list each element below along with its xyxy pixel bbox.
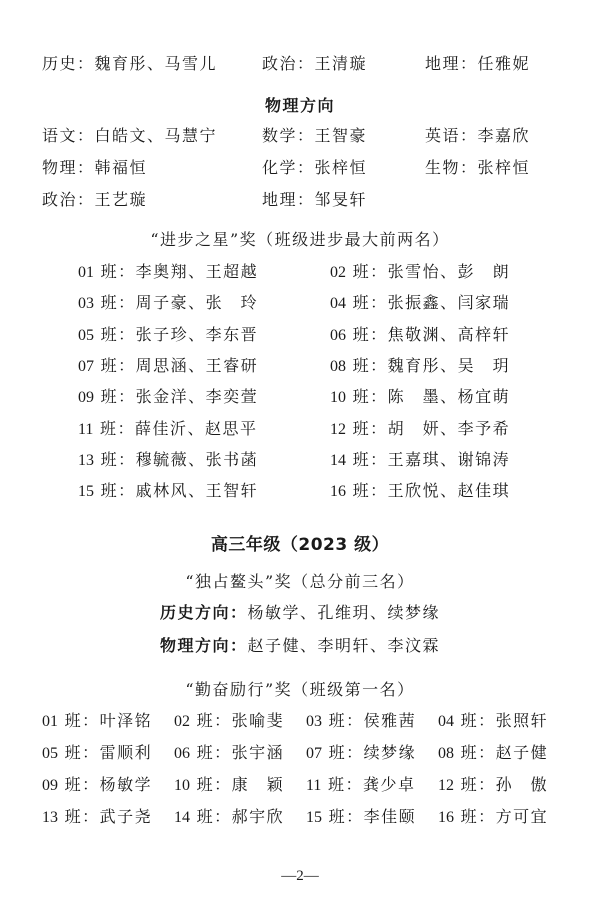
class-names: 班：龚少卓	[321, 775, 415, 794]
class-names: 班：张金洋、李奕萱	[94, 387, 258, 406]
class-names: 班：孙 傲	[454, 775, 548, 794]
class-award-entry: 03 班：侯雅茜	[306, 711, 416, 732]
class-number: 08	[438, 745, 454, 762]
class-names: 班：焦敬渊、高梓轩	[346, 325, 510, 344]
class-number: 13	[42, 809, 58, 826]
top-scorer-history: 历史方向：杨敏学、孔维玥、续梦缘	[0, 603, 600, 623]
class-award-entry: 02 班：张喻斐	[174, 711, 284, 732]
class-award-entry: 08 班：魏育彤、吴 玥	[330, 356, 510, 377]
class-number: 10	[330, 389, 346, 406]
class-award-entry: 09 班：张金洋、李奕萱	[78, 387, 258, 408]
class-number: 01	[42, 713, 58, 730]
class-number: 03	[78, 295, 94, 312]
award-heading-progress-star: “进步之星”奖（班级进步最大前两名）	[0, 230, 600, 250]
subject-award-entry: 历史：魏育彤、马雪儿	[42, 54, 217, 74]
class-names: 班：周子豪、张 玲	[94, 293, 258, 312]
class-award-entry: 16 班：方可宜	[438, 807, 548, 828]
class-award-entry: 06 班：张宇涵	[174, 743, 284, 764]
class-names: 班：胡 妍、李予希	[346, 419, 510, 438]
subject-award-entry: 政治：王清璇	[262, 54, 367, 74]
class-names: 班：张宇涵	[190, 743, 284, 762]
class-number: 15	[306, 809, 322, 826]
class-award-entry: 04 班：张振鑫、闫家瑞	[330, 293, 510, 314]
top-scorer-physics: 物理方向：赵子健、李明轩、李汶霖	[0, 636, 600, 656]
class-number: 08	[330, 358, 346, 375]
class-names: 班：薛佳沂、赵思平	[93, 419, 257, 438]
class-award-entry: 15 班：李佳颐	[306, 807, 416, 828]
class-number: 11	[78, 421, 93, 438]
class-award-entry: 15 班：戚林风、王智轩	[78, 481, 258, 502]
subject-award-entry: 生物：张梓恒	[425, 158, 530, 178]
class-names: 班：王嘉琪、谢锦涛	[346, 450, 510, 469]
class-names: 班：周思涵、王睿研	[94, 356, 258, 375]
award-heading-top-scorer: “独占鳌头”奖（总分前三名）	[0, 572, 600, 592]
class-number: 10	[174, 777, 190, 794]
subject-award-entry: 数学：王智豪	[262, 126, 367, 146]
class-names: 班：王欣悦、赵佳琪	[346, 481, 510, 500]
class-award-entry: 11 班：龚少卓	[306, 775, 416, 796]
class-number: 09	[78, 389, 94, 406]
class-award-entry: 12 班：孙 傲	[438, 775, 548, 796]
class-award-entry: 16 班：王欣悦、赵佳琪	[330, 481, 510, 502]
page-number: —2—	[0, 868, 600, 885]
class-names: 班：张振鑫、闫家瑞	[346, 293, 510, 312]
class-award-entry: 13 班：武子尧	[42, 807, 152, 828]
track-names: 杨敏学、孔维玥、续梦缘	[248, 603, 441, 622]
class-number: 04	[330, 295, 346, 312]
class-number: 01	[78, 264, 94, 281]
class-award-entry: 10 班：康 颖	[174, 775, 284, 796]
subject-award-entry: 语文：白皓文、马慧宁	[42, 126, 217, 146]
subject-award-entry: 地理：邹旻轩	[262, 190, 367, 210]
class-award-entry: 05 班：雷顺利	[42, 743, 152, 764]
class-names: 班：雷顺利	[58, 743, 152, 762]
class-names: 班：侯雅茜	[322, 711, 416, 730]
grade-heading-senior3: 高三年级（2023 级）	[0, 535, 600, 555]
class-names: 班：武子尧	[58, 807, 152, 826]
class-names: 班：穆毓薇、张书菡	[94, 450, 258, 469]
class-award-entry: 10 班：陈 墨、杨宜萌	[330, 387, 510, 408]
class-award-entry: 11 班：薛佳沂、赵思平	[78, 419, 258, 440]
class-number: 07	[306, 745, 322, 762]
class-number: 04	[438, 713, 454, 730]
class-names: 班：戚林风、王智轩	[94, 481, 258, 500]
class-number: 02	[330, 264, 346, 281]
class-names: 班：张子珍、李东晋	[94, 325, 258, 344]
class-number: 05	[78, 327, 94, 344]
class-names: 班：赵子健	[454, 743, 548, 762]
class-number: 06	[174, 745, 190, 762]
class-names: 班：李佳颐	[322, 807, 416, 826]
class-award-entry: 13 班：穆毓薇、张书菡	[78, 450, 258, 471]
track-label: 历史方向：	[160, 603, 248, 622]
class-award-entry: 14 班：王嘉琪、谢锦涛	[330, 450, 510, 471]
class-names: 班：方可宜	[454, 807, 548, 826]
class-number: 16	[438, 809, 454, 826]
subject-award-entry: 地理：任雅妮	[425, 54, 530, 74]
class-award-entry: 05 班：张子珍、李东晋	[78, 325, 258, 346]
class-names: 班：张雪怡、彭 朗	[346, 262, 510, 281]
section-heading-physics: 物理方向	[0, 96, 600, 116]
track-label: 物理方向：	[160, 636, 248, 655]
class-award-entry: 06 班：焦敬渊、高梓轩	[330, 325, 510, 346]
class-number: 02	[174, 713, 190, 730]
class-number: 09	[42, 777, 58, 794]
subject-award-entry: 政治：王艺璇	[42, 190, 147, 210]
class-award-entry: 12 班：胡 妍、李予希	[330, 419, 510, 440]
class-number: 07	[78, 358, 94, 375]
class-award-entry: 03 班：周子豪、张 玲	[78, 293, 258, 314]
class-award-entry: 07 班：周思涵、王睿研	[78, 356, 258, 377]
class-names: 班：魏育彤、吴 玥	[346, 356, 510, 375]
class-names: 班：杨敏学	[58, 775, 152, 794]
class-number: 14	[174, 809, 190, 826]
class-award-entry: 14 班：郝宇欣	[174, 807, 284, 828]
class-names: 班：康 颖	[190, 775, 284, 794]
class-names: 班：郝宇欣	[190, 807, 284, 826]
class-award-entry: 07 班：续梦缘	[306, 743, 416, 764]
subject-award-entry: 英语：李嘉欣	[425, 126, 530, 146]
class-number: 11	[306, 777, 321, 794]
class-names: 班：张喻斐	[190, 711, 284, 730]
class-names: 班：叶泽铭	[58, 711, 152, 730]
award-heading-diligence: “勤奋励行”奖（班级第一名）	[0, 680, 600, 700]
class-number: 12	[438, 777, 454, 794]
track-names: 赵子健、李明轩、李汶霖	[248, 636, 441, 655]
class-names: 班：李奥翔、王超越	[94, 262, 258, 281]
class-number: 16	[330, 483, 346, 500]
class-number: 14	[330, 452, 346, 469]
class-names: 班：续梦缘	[322, 743, 416, 762]
class-number: 15	[78, 483, 94, 500]
subject-award-entry: 化学：张梓恒	[262, 158, 367, 178]
class-award-entry: 08 班：赵子健	[438, 743, 548, 764]
class-award-entry: 01 班：叶泽铭	[42, 711, 152, 732]
class-number: 05	[42, 745, 58, 762]
class-award-entry: 01 班：李奥翔、王超越	[78, 262, 258, 283]
class-award-entry: 09 班：杨敏学	[42, 775, 152, 796]
class-names: 班：张照轩	[454, 711, 548, 730]
class-number: 03	[306, 713, 322, 730]
class-award-entry: 04 班：张照轩	[438, 711, 548, 732]
class-number: 12	[330, 421, 346, 438]
class-names: 班：陈 墨、杨宜萌	[346, 387, 510, 406]
class-award-entry: 02 班：张雪怡、彭 朗	[330, 262, 510, 283]
class-number: 13	[78, 452, 94, 469]
class-number: 06	[330, 327, 346, 344]
subject-award-entry: 物理：韩福恒	[42, 158, 147, 178]
